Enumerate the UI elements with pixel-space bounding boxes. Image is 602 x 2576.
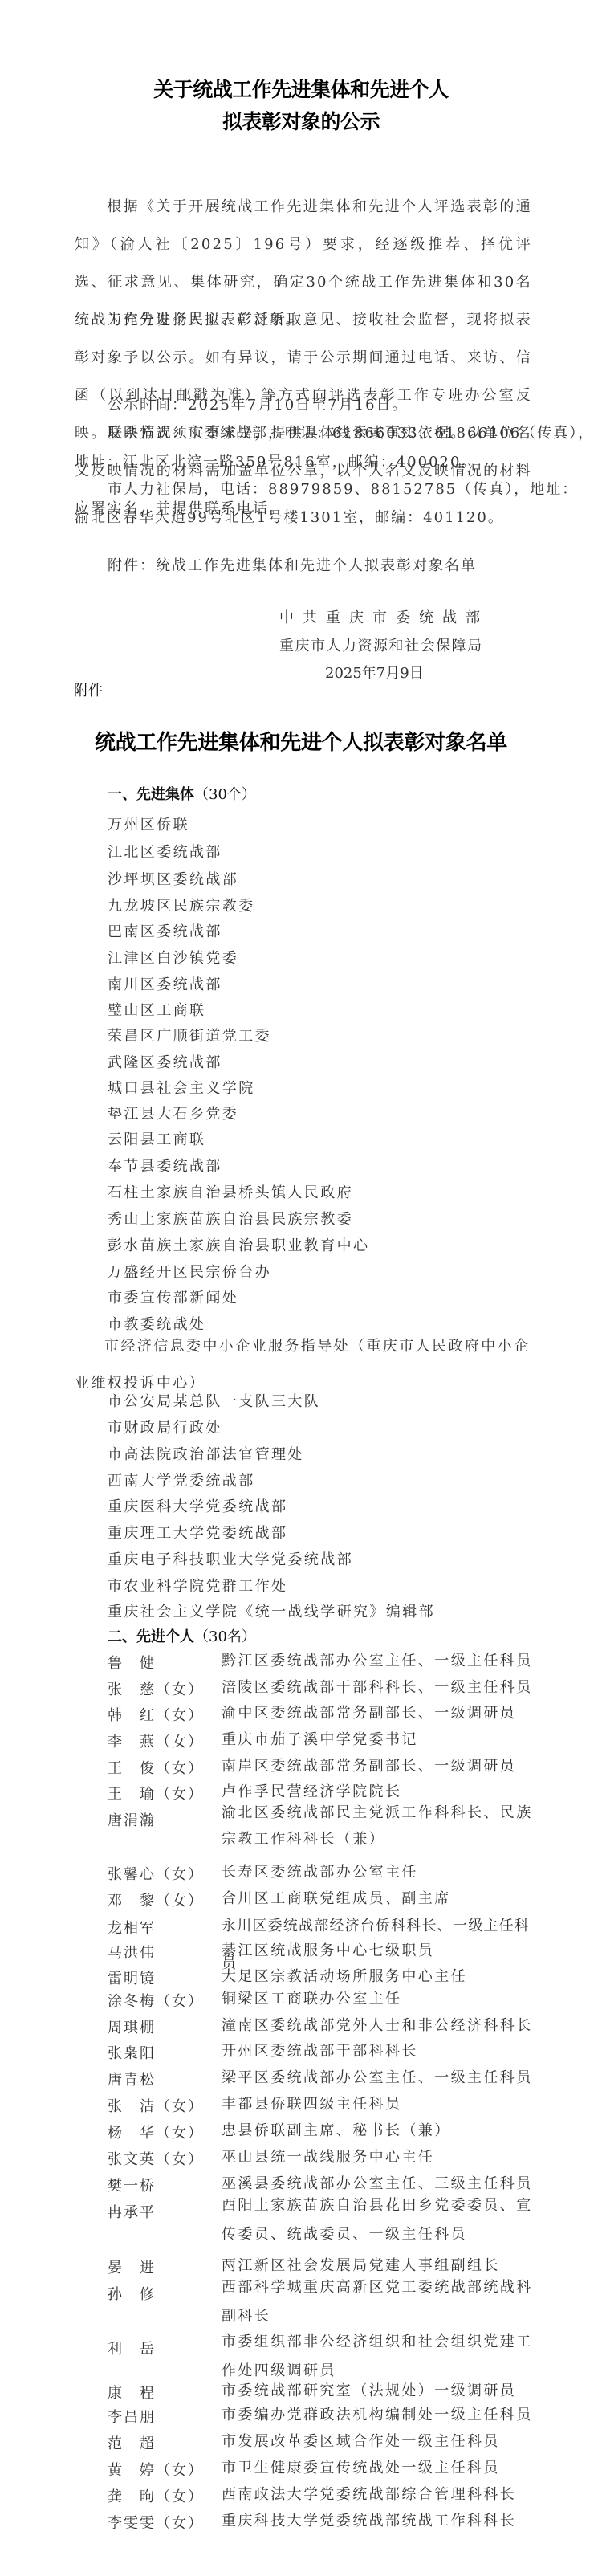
collective-item: 重庆电子科技职业大学党委统战部	[108, 1548, 353, 1569]
individual-name: 樊一桥	[108, 2175, 156, 2195]
individual-name: 康 程	[108, 2382, 156, 2403]
collective-item: 市农业科学院党群工作处	[108, 1575, 287, 1596]
contact-1-line-2: 地址：江北区北滨一路359号816室，邮编：400020。	[75, 450, 477, 471]
collective-item: 云阳县工商联	[108, 1128, 205, 1149]
document-page: 关于统战工作先进集体和先进个人 拟表彰对象的公示 根据《关于开展统战工作先进集体…	[0, 0, 602, 2576]
collective-item: 市委宣传部新闻处	[108, 1286, 238, 1307]
individual-name: 晏 进	[108, 2256, 156, 2277]
individual-name: 张 洁（女）	[108, 2095, 204, 2116]
collective-item: 重庆理工大学党委统战部	[108, 1522, 287, 1543]
individual-title: 重庆科技大学党委统战部统战工作科科长	[222, 2502, 535, 2540]
collective-item: 沙坪坝区委统战部	[108, 868, 238, 889]
collective-item: 市高法院政治部法官管理处	[108, 1443, 304, 1464]
individual-name: 李雯雯（女）	[108, 2512, 204, 2533]
attachment-title: 统战工作先进集体和先进个人拟表彰对象名单	[0, 726, 602, 756]
contact-2-line-2: 渝北区春华大道99号北区1号楼1301室，邮编：401120。	[75, 506, 504, 527]
collective-item-text: 市经济信息委中小企业服务指导处（重庆市人民政府中小企业维权投诉中心）	[75, 1338, 530, 1392]
individual-title: 酉阳土家族苗族自治县花田乡党委委员、宣传委员、统战委员、一级主任科员	[222, 2191, 535, 2249]
individuals-heading-text: 二、先进个人	[108, 1628, 194, 1645]
collective-item: 武隆区委统战部	[108, 1051, 222, 1072]
individual-name: 范 超	[108, 2432, 156, 2453]
collective-item: 九龙坡区民族宗教委	[108, 895, 255, 915]
individual-name: 张文英（女）	[108, 2148, 204, 2169]
notice-title-line2: 拟表彰对象的公示	[0, 106, 602, 135]
individual-name: 唐涓瀚	[108, 1809, 156, 1830]
individual-name: 周琪棚	[108, 2016, 156, 2037]
individual-name: 雷明镜	[108, 1967, 156, 1988]
collective-item: 垫江县大石乡党委	[108, 1103, 238, 1123]
individual-name: 涂冬梅（女）	[108, 1990, 204, 2011]
collective-item: 彭水苗族土家族自治县职业教育中心	[108, 1234, 369, 1255]
collective-item: 江北区委统战部	[108, 841, 222, 862]
individual-name: 韩 红（女）	[108, 1704, 204, 1725]
collective-item: 重庆社会主义学院《统一战线学研究》编辑部	[108, 1600, 435, 1621]
individual-name: 张枭阳	[108, 2042, 156, 2063]
collective-item: 市财政局行政处	[108, 1416, 222, 1437]
collective-item: 秀山土家族苗族自治县民族宗教委	[108, 1208, 353, 1229]
contact-2-line-1: 市人力社保局，电话：88979859、88152785（传真），地址：	[108, 478, 578, 499]
individual-name: 王 瑜（女）	[108, 1783, 204, 1804]
collective-item: 巴南区委统战部	[108, 920, 222, 941]
collective-item: 荣昌区广顺街道党工委	[108, 1025, 271, 1045]
individual-title: 西部科学城重庆高新区党工委统战部统战科副科长	[222, 2273, 535, 2331]
collective-item: 奉节县委统战部	[108, 1155, 222, 1176]
individual-name: 孙 修	[108, 2283, 156, 2304]
collectives-count: （30个）	[194, 786, 256, 803]
individual-name: 李昌朋	[108, 2406, 156, 2427]
collective-item: 西南大学党委统战部	[108, 1469, 255, 1490]
individual-name: 马洪伟	[108, 1942, 156, 1963]
individual-name: 张 慈（女）	[108, 1678, 204, 1699]
signatory-hr-bureau: 重庆市人力资源和社会保障局	[279, 634, 483, 655]
collectives-heading-text: 一、先进集体	[108, 786, 194, 803]
individual-name: 唐青松	[108, 2069, 156, 2089]
individual-name: 冉承平	[108, 2201, 156, 2222]
individual-name: 李 燕（女）	[108, 1730, 204, 1751]
individual-name: 龚 昫（女）	[108, 2485, 204, 2506]
collective-item: 市公安局某总队一支队三大队	[108, 1390, 320, 1411]
collective-item: 南川区委统战部	[108, 973, 222, 994]
individual-title: 渝北区委统战部民主党派工作科科长、民族宗教工作科科长（兼）	[222, 1800, 535, 1853]
signatory-united-front-dept: 中共重庆市委统战部	[279, 606, 489, 627]
individual-name: 鲁 健	[108, 1652, 156, 1673]
collective-item: 城口县社会主义学院	[108, 1077, 255, 1098]
individual-name: 杨 华（女）	[108, 2122, 204, 2142]
signature-date: 2025年7月9日	[325, 662, 424, 683]
individual-name: 张馨心（女）	[108, 1863, 204, 1884]
individual-name: 邓 黎（女）	[108, 1889, 204, 1910]
collective-item: 石柱土家族自治县桥头镇人民政府	[108, 1181, 353, 1202]
publicity-period: 公示时间：2025年7月10日至7月16日。	[108, 393, 409, 414]
collectives-heading: 一、先进集体（30个）	[108, 783, 256, 804]
individual-name: 利 岳	[108, 2338, 156, 2358]
collective-item: 江津区白沙镇党委	[108, 947, 238, 968]
attachment-note: 附件：统战工作先进集体和先进个人拟表彰对象名单	[108, 554, 477, 575]
collective-item: 万州区侨联	[108, 813, 189, 834]
collective-item: 重庆医科大学党委统战部	[108, 1495, 287, 1516]
notice-title-line1: 关于统战工作先进集体和先进个人	[0, 74, 602, 103]
contact-1-line-1: 联系方式：市委统战部，电话：61866033、61866106（传真），	[108, 422, 594, 442]
collective-item: 璧山区工商联	[108, 999, 205, 1020]
collective-item: 万盛经开区民宗侨台办	[108, 1261, 271, 1282]
individual-name: 龙相军	[108, 1917, 156, 1938]
attachment-label: 附件	[74, 679, 103, 700]
individual-name: 王 俊（女）	[108, 1757, 204, 1778]
individual-name: 黄 婷（女）	[108, 2459, 204, 2480]
